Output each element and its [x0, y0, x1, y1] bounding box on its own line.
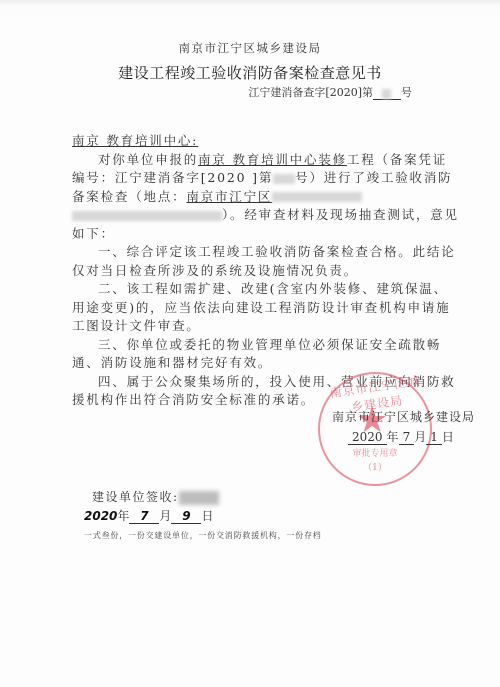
receipt-year: 2020 [84, 509, 117, 523]
receipt-date: 2020年7月9日 [84, 507, 213, 524]
seal-number: （1） [320, 460, 430, 473]
redacted-address-1 [272, 192, 362, 202]
issue-year: 2020 [348, 430, 387, 445]
addressee: 南京 教育培训中心: [72, 132, 460, 151]
redacted-signature [179, 491, 219, 505]
project-name: 南京 教育培训中心装修 [198, 152, 347, 167]
document-title: 建设工程竣工验收消防备案检查意见书 [0, 62, 500, 83]
receipt-day: 9 [171, 509, 201, 524]
receipt-month-label: 月 [159, 509, 171, 523]
issue-month: 7 [399, 430, 415, 445]
doc-number-prefix: 江宁建消备查字[2020]第 [248, 86, 373, 99]
document-number: 江宁建消备查字[2020]第号 [248, 84, 412, 100]
intro-paragraph: 对你单位申报的南京 教育培训中心装修工程（备案凭证编号：江宁建消备字[2020 … [72, 151, 460, 244]
issuer-name: 南京市江宁区城乡建设局 [0, 40, 500, 56]
receipt-day-label: 日 [201, 509, 213, 523]
year-label: 年 [387, 430, 399, 444]
opinion-3: 三、你单位或委托的物业管理单位必须保证安全疏散畅通、消防设施和器材完好有效。 [72, 336, 460, 373]
receipt-year-label: 年 [117, 509, 129, 523]
document-page: 南京市江宁区城乡建设局 建设工程竣工验收消防备案检查意见书 江宁建消备查字[20… [0, 0, 500, 687]
seal-inner-text: 审批专用章 [320, 446, 430, 459]
receipt-label: 建设单位签收: [92, 490, 179, 504]
receipt-month: 7 [129, 509, 159, 524]
issuing-authority: 南京市江宁区城乡建设局 [332, 408, 475, 425]
day-label: 日 [442, 430, 454, 444]
month-label: 月 [414, 430, 426, 444]
doc-number-suffix: 号 [401, 86, 412, 99]
redacted-number [373, 88, 401, 100]
receipt-signature: 建设单位签收: [92, 488, 219, 505]
opinion-1: 一、综合评定该工程竣工验收消防备案检查合格。此结论仅对当日检查所涉及的系统及设施… [72, 243, 460, 280]
issue-date: 2020年7月1日 [348, 428, 454, 445]
location: 南京市江宁区 [186, 189, 272, 204]
copies-note: 一式叁份，一份交建设单位，一份交消防救援机构，一份存档 [84, 530, 322, 541]
opinion-2: 二、该工程如需扩建、改建(含室内外装修、建筑保温、用途变更)的，应当依法向建设工… [72, 280, 460, 336]
document-body: 南京 教育培训中心: 对你单位申报的南京 教育培训中心装修工程（备案凭证编号：江… [72, 132, 460, 410]
redacted-cert-number [273, 174, 295, 184]
issue-day: 1 [426, 430, 442, 445]
redacted-address-2 [72, 211, 222, 221]
intro-text-1: 对你单位申报的 [98, 152, 198, 167]
